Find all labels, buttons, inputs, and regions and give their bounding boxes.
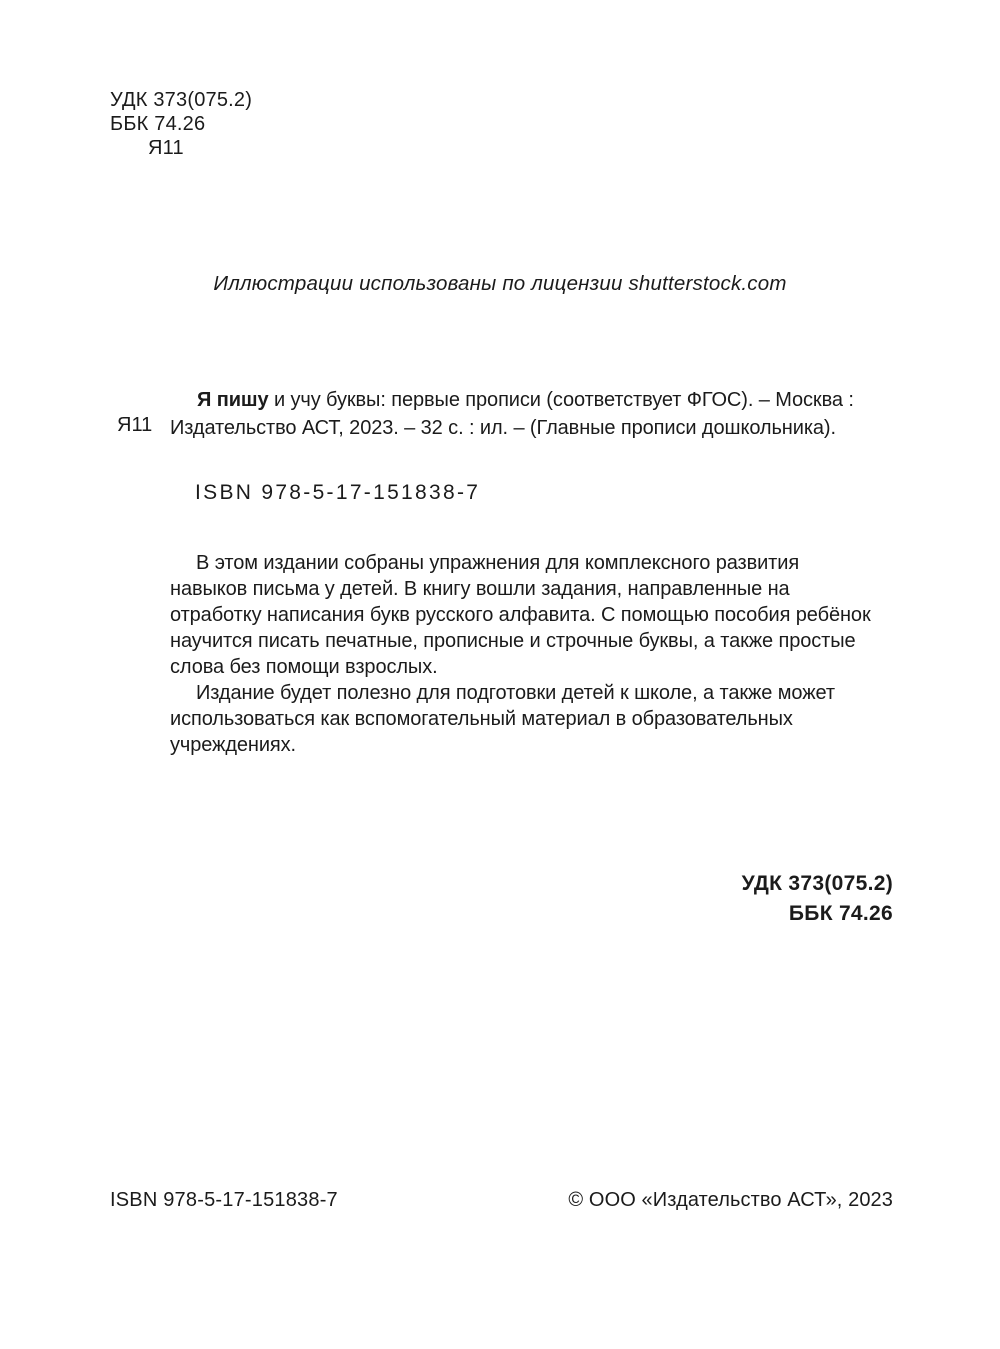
udk-code-bottom: УДК 373(075.2) xyxy=(742,869,893,899)
udk-code-top: УДК 373(075.2) xyxy=(110,88,252,112)
catalog-margin-code: Я11 xyxy=(117,414,152,437)
catalog-entry-text: и учу буквы: первые прописи (соответству… xyxy=(170,389,854,439)
annotation-paragraph-2: Издание будет полезно для подготовки дет… xyxy=(170,680,950,758)
bottom-codes-block: УДК 373(075.2) ББК 74.26 xyxy=(742,869,893,929)
isbn-number: ISBN 978-5-17-151838-7 xyxy=(195,481,480,505)
footer-copyright: © ООО «Издательство АСТ», 2023 xyxy=(568,1189,893,1212)
book-title-bold: Я пишу xyxy=(197,389,269,411)
author-sign-code-top: Я11 xyxy=(110,136,252,160)
copyright-page: УДК 373(075.2) ББК 74.26 Я11 Иллюстрации… xyxy=(0,0,1000,1349)
annotation-block: В этом издании собраны упражнения для ко… xyxy=(170,550,950,758)
annotation-paragraph-1: В этом издании собраны упражнения для ко… xyxy=(170,550,950,680)
catalog-entry: Я пишу и учу буквы: первые прописи (соот… xyxy=(170,386,930,442)
license-note: Иллюстрации использованы по лицензии shu… xyxy=(0,272,1000,296)
bbk-code-top: ББК 74.26 xyxy=(110,112,252,136)
bbk-code-bottom: ББК 74.26 xyxy=(742,899,893,929)
footer-isbn: ISBN 978-5-17-151838-7 xyxy=(110,1189,338,1212)
top-codes-block: УДК 373(075.2) ББК 74.26 Я11 xyxy=(110,88,252,160)
